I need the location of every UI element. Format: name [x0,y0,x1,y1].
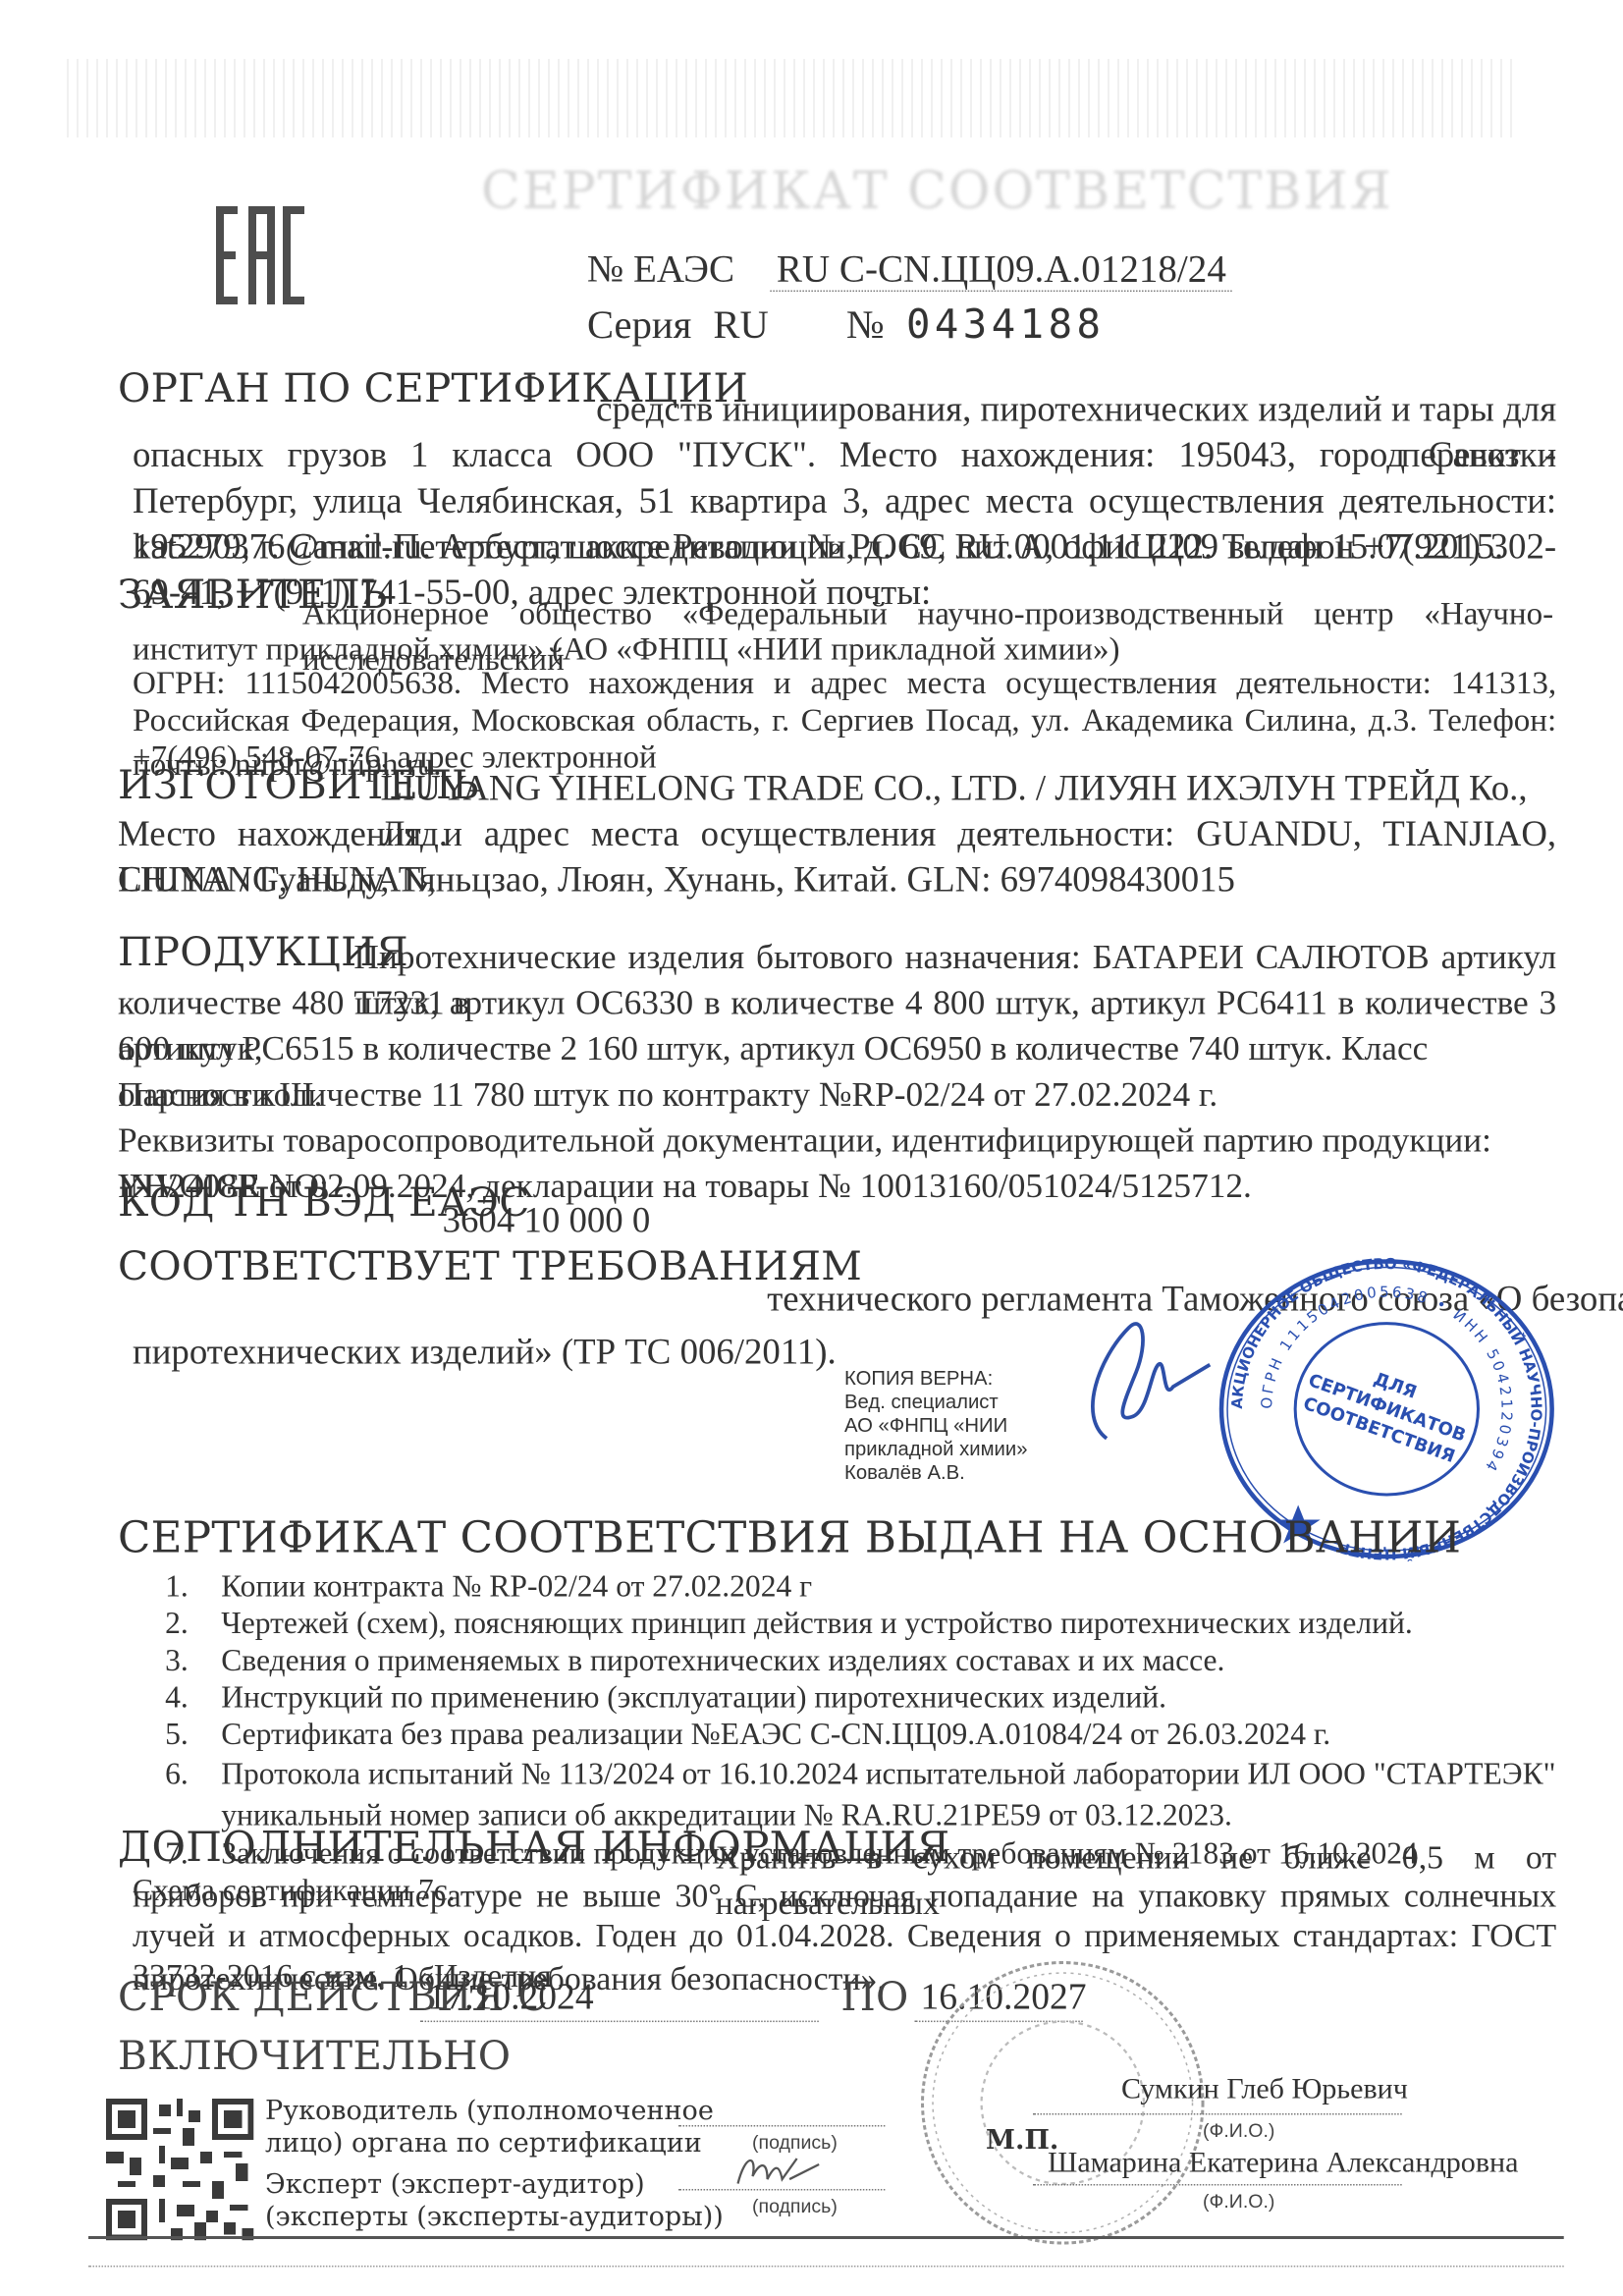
eac-logo [214,206,306,304]
head-label-line2: лицо) органа по сертификации [265,2128,714,2160]
qr-code[interactable] [106,2099,253,2240]
document-title-faded: СЕРТИФИКАТ СООТВЕТСТВИЯ [481,162,1188,221]
copy-note-line: АО «ФНПЦ «НИИ [844,1414,1028,1438]
bottom-rule [88,2236,1564,2239]
basis-item-number: 6. [165,1753,189,1794]
basis-heading: СЕРТИФИКАТ СООТВЕТСТВИЯ ВЫДАН НА ОСНОВАН… [118,1512,1594,1562]
manufacturer-gln: CHINA / Гуаньду, Тяньцзао, Люян, Хунань,… [118,857,1556,903]
expert-signature-caption: (подпись) [752,2195,838,2217]
certification-body-accreditation: kat290376@mail.ru. Аттестат аккредитации… [133,523,1556,570]
series-line: Серия RU № 0434188 [587,302,1106,349]
hs-code-value: 3604 10 000 0 [443,1198,651,1244]
basis-item: 1.Копии контракта № RP-02/24 от 27.02.20… [118,1568,1594,1606]
validity-to-label: ПО [841,1975,909,2021]
product-batch: Партия в количестве 11 780 штук по контр… [118,1072,1556,1119]
basis-item-number: 3. [165,1643,189,1680]
expert-name-line [1033,2184,1402,2186]
basis-item: 4.Инструкций по применению (эксплуатации… [118,1679,1594,1717]
basis-item-number: 2. [165,1606,189,1643]
basis-item-number: 4. [165,1679,189,1717]
reg-prefix: № ЕАЭС [587,247,734,291]
copy-note-line: Вед. специалист [844,1391,1028,1414]
basis-item: 3.Сведения о применяемых в пиротехническ… [118,1643,1594,1680]
head-name-line [1033,2113,1402,2115]
copy-note-line: прикладной химии» [844,1438,1028,1461]
copy-note-line: КОПИЯ ВЕРНА: [844,1367,1028,1391]
scan-artifact [59,59,1512,137]
expert-name-caption: (Ф.И.О.) [1203,2190,1274,2213]
conforms-heading: СООТВЕТСТВУЕТ ТРЕБОВАНИЯМ [118,1244,862,1290]
basis-item-text: Чертежей (схем), поясняющих принцип дейс… [221,1606,1413,1641]
head-signatory-label: Руководитель (уполномоченное лицо) орган… [265,2096,714,2160]
head-signature-line [678,2125,885,2127]
expert-label-line1: Эксперт (эксперт-аудитор) [265,2169,724,2202]
basis-item-text: Сведения о применяемых в пиротехнических… [221,1643,1224,1678]
reg-number: RU C-CN.ЦЦ09.А.01218/24 [771,247,1232,292]
expert-signature-icon [730,2147,834,2191]
basis-item-text: Сертификата без права реализации №ЕАЭС C… [221,1717,1330,1752]
basis-item-number: 1. [165,1568,189,1606]
head-name: Сумкин Глеб Юрьевич [1121,2073,1408,2107]
basis-item-text: Инструкций по применению (эксплуатации) … [221,1679,1166,1715]
expert-name: Шамарина Екатерина Александровна [1048,2147,1518,2181]
number-label: № [846,302,885,347]
conforms-regulation: пиротехнических изделий» (ТР ТС 006/2011… [133,1330,837,1376]
validity-inclusive: ВКЛЮЧИТЕЛЬНО [118,2034,511,2080]
head-label-line1: Руководитель (уполномоченное [265,2096,714,2128]
copy-certified-note: КОПИЯ ВЕРНА: Вед. специалист АО «ФНПЦ «Н… [844,1367,1028,1485]
registration-line: № ЕАЭС RU C-CN.ЦЦ09.А.01218/24 [587,247,1232,292]
signature-blue-icon [1062,1298,1224,1460]
basis-item: 5.Сертификата без права реализации №ЕАЭС… [118,1717,1594,1754]
series-value: RU [713,302,768,347]
basis-item-text: Копии контракта № RP-02/24 от 27.02.2024… [221,1568,812,1604]
series-label: Серия [587,302,691,347]
copy-note-line: Ковалёв А.В. [844,1461,1028,1485]
expert-signatory-label: Эксперт (эксперт-аудитор) (эксперты (экс… [265,2169,724,2234]
basis-item-number: 5. [165,1717,189,1754]
head-name-caption: (Ф.И.О.) [1203,2119,1274,2142]
basis-item-text: Протокола испытаний № 113/2024 от 16.10.… [221,1756,1555,1832]
expert-label-line2: (эксперты (эксперты-аудиторы)) [265,2202,724,2234]
validity-from-date: 17.10.2024 [420,1975,819,2022]
basis-item: 2.Чертежей (схем), поясняющих принцип де… [118,1606,1594,1643]
certificate-number: 0434188 [906,302,1106,349]
bottom-rule-faint [88,2266,1564,2268]
